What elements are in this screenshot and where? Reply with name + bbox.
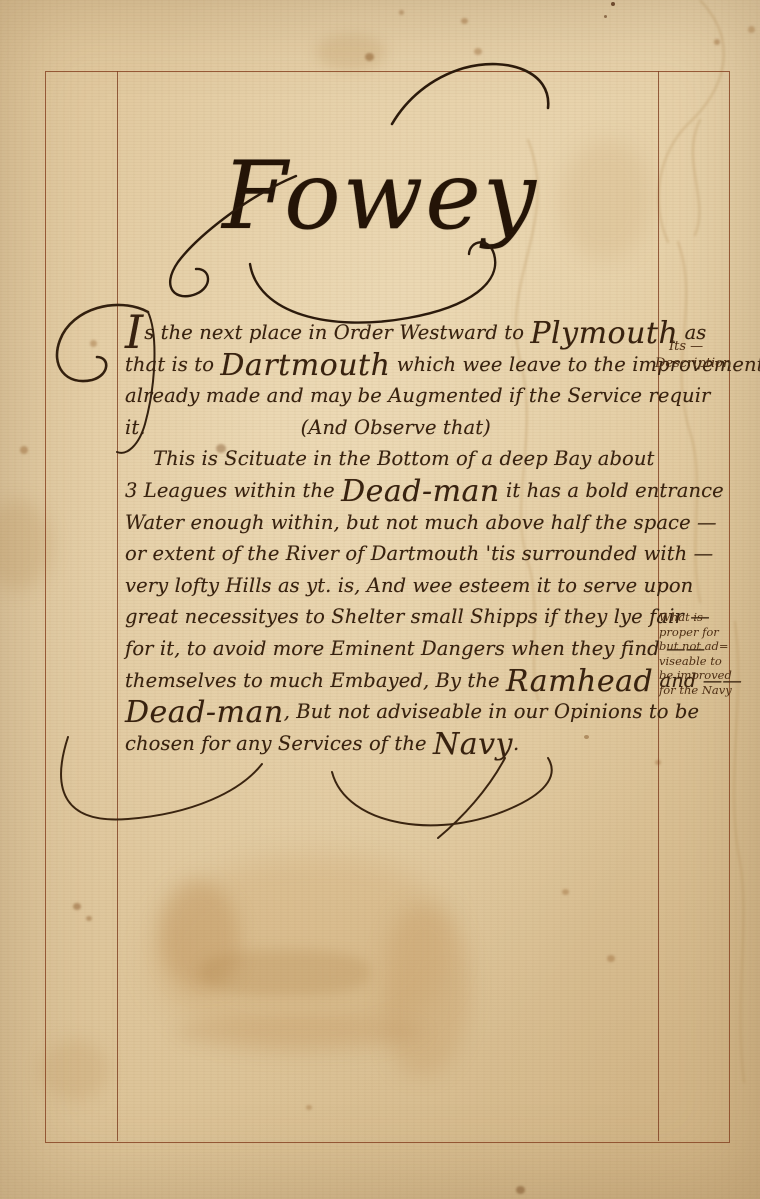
manuscript-text-segment: that is to [125,353,220,376]
margin-note-line: What is [659,610,735,625]
manuscript-line: already made and may be Augmented if the… [125,380,660,412]
manuscript-text-segment: 3 Leagues within the [125,479,341,502]
manuscript-body: Is the next place in Order Westward to P… [125,317,660,759]
margin-note-line: but not ad= [659,639,735,654]
foxing-spot [461,18,468,24]
manuscript-line: Water enough within, but not much above … [125,507,660,539]
margin-note-line: Its — [655,338,755,355]
manuscript-text-segment: (And Observe that) [301,416,491,439]
paper-stain [316,34,386,70]
foxing-spot [365,53,374,61]
manuscript-line: great necessityes to Shelter small Shipp… [125,601,660,633]
manuscript-page: { "document": { "title": "Fowey", "body_… [0,0,760,1199]
manuscript-text-segment: very lofty Hills as yt. is, And wee este… [125,574,693,597]
manuscript-text-segment: . [513,732,519,755]
manuscript-text-segment: themselves to much Embayed, By the [125,669,506,692]
manuscript-text-segment: s the next place in Order Westward to [144,321,530,344]
manuscript-text-segment: Dartmouth [220,348,390,383]
foxing-spot [516,1186,525,1194]
manuscript-line: Dead-man, But not adviseable in our Opin… [125,696,660,728]
manuscript-text-segment: for it, to avoid more Eminent Dangers wh… [125,637,705,660]
margin-note-line: be improved [659,668,735,683]
manuscript-text-segment: Navy [433,727,513,762]
manuscript-line: or extent of the River of Dartmouth 'tis… [125,538,660,570]
manuscript-text-segment: Ramhead [506,664,653,699]
manuscript-text-segment: Dead-man [341,474,500,509]
manuscript-line: for it, to avoid more Eminent Dangers wh… [125,633,660,665]
foxing-spot [20,446,28,454]
manuscript-text-segment: This is Scituate in the Bottom of a deep… [153,447,655,470]
margin-note-line: proper for [659,625,735,640]
manuscript-text-segment: Dead-man [125,695,284,730]
manuscript-text-segment: or extent of the River of Dartmouth 'tis… [125,542,713,565]
foxing-spot [714,39,720,45]
margin-note-what-is-proper: What isproper forbut not ad=viseable tob… [659,610,735,697]
foxing-spot [474,48,482,55]
margin-note-line: for the Navy [659,683,735,698]
manuscript-text-segment: it. [125,416,146,439]
manuscript-line: This is Scituate in the Bottom of a deep… [125,443,660,475]
manuscript-line: very lofty Hills as yt. is, And wee este… [125,570,660,602]
manuscript-line: Is the next place in Order Westward to P… [125,317,660,349]
manuscript-text-segment: already made and may be Augmented if the… [125,384,710,407]
manuscript-text-segment: Water enough within, but not much above … [125,511,717,534]
foxing-spot [604,15,607,18]
margin-note-its-description: Its —Description [655,338,755,372]
page-title: Fowey [0,142,760,251]
manuscript-text-segment: chosen for any Services of the [125,732,433,755]
margin-note-line: Description [655,355,755,372]
manuscript-text-segment: great necessityes to Shelter small Shipp… [125,605,710,628]
manuscript-line: it.(And Observe that) [125,412,660,444]
foxing-spot [748,26,755,33]
manuscript-line: chosen for any Services of the Navy. [125,728,660,760]
manuscript-text-segment: , But not adviseable in our Opinions to … [284,700,699,723]
manuscript-line: 3 Leagues within the Dead-man it has a b… [125,475,660,507]
foxing-spot [399,10,404,15]
margin-note-line: viseable to [659,654,735,669]
foxing-spot [611,2,615,6]
manuscript-text-segment: it has a bold entrance [500,479,724,502]
manuscript-line: that is to Dartmouth which wee leave to … [125,349,660,381]
manuscript-line: themselves to much Embayed, By the Ramhe… [125,665,660,697]
